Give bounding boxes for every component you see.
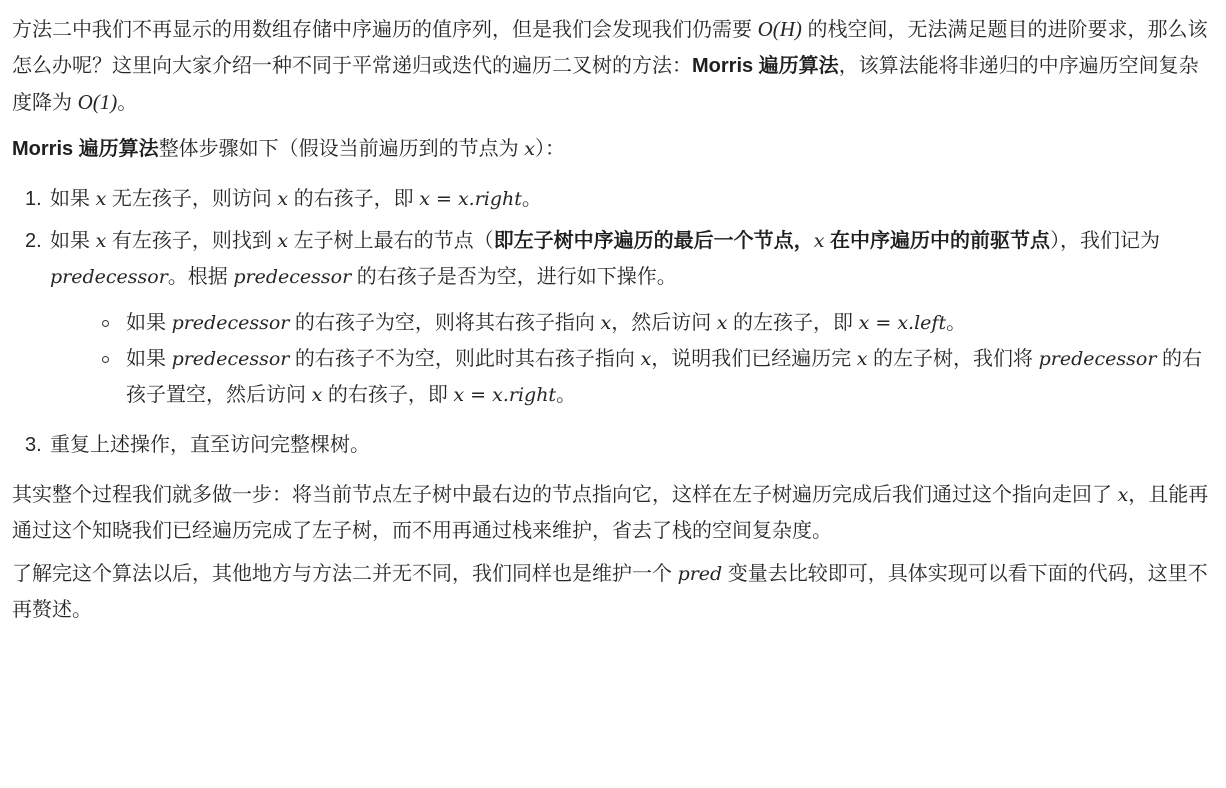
text: ），我们记为: [1050, 230, 1160, 252]
closing-paragraph: 了解完这个算法以后，其他地方与方法二并无不同，我们同样也是维护一个 pred 变…: [12, 556, 1214, 628]
text: 。根据: [168, 266, 234, 288]
text: 如果: [50, 230, 96, 252]
math-o-h: O(H): [758, 17, 802, 41]
text: 其实整个过程我们就多做一步：将当前节点左子树中最右边的节点指向它，这样在左子树遍…: [12, 484, 1118, 506]
math-predecessor: predecessor: [233, 266, 351, 288]
hollow-circle-bullet-icon: [102, 356, 109, 363]
text: 如果: [126, 348, 172, 370]
math-x: x: [96, 230, 107, 252]
hollow-circle-bullet-icon: [102, 320, 109, 327]
text: 重复上述操作，直至访问完整棵树。: [50, 434, 370, 456]
sub-item-2: 如果 predecessor 的右孩子不为空，则此时其右孩子指向 x，说明我们已…: [88, 341, 1214, 413]
math-predecessor: predecessor: [1039, 348, 1157, 370]
summary-paragraph: 其实整个过程我们就多做一步：将当前节点左子树中最右边的节点指向它，这样在左子树遍…: [12, 477, 1214, 549]
step-number: 1.: [25, 181, 42, 217]
text: 有左孩子，则找到: [106, 230, 277, 252]
text: 左子树上最右的节点（: [288, 230, 494, 252]
text: ）：: [535, 138, 565, 160]
sub-list: 如果 predecessor 的右孩子为空，则将其右孩子指向 x，然后访问 x …: [50, 305, 1214, 413]
math-predecessor: predecessor: [50, 266, 168, 288]
math-x: x: [814, 230, 825, 252]
steps-intro-paragraph: Morris 遍历算法整体步骤如下（假设当前遍历到的节点为 x）：: [12, 131, 1214, 167]
math-o-1: O(1): [78, 90, 118, 114]
text: 。: [522, 188, 542, 210]
text: 的左孩子，即: [728, 312, 859, 334]
bold-term-morris: Morris 遍历算法: [12, 138, 159, 160]
step-item-1: 1. 如果 x 无左孩子，则访问 x 的右孩子，即 x = x.right。: [12, 181, 1214, 217]
text: 的左子树，我们将: [868, 348, 1039, 370]
text: 的右孩子，即: [288, 188, 419, 210]
math-x: x: [857, 348, 868, 370]
math-x: x: [601, 312, 612, 334]
math-predecessor: predecessor: [172, 348, 290, 370]
text: 的右孩子，即: [322, 384, 453, 406]
math-x: x: [717, 312, 728, 334]
text: 。: [556, 384, 576, 406]
math-x: x: [641, 348, 652, 370]
bold-text: 即左子树中序遍历的最后一个节点，: [494, 230, 814, 252]
text: 。: [946, 312, 966, 334]
step-number: 3.: [25, 427, 42, 463]
intro-paragraph: 方法二中我们不再显示的用数组存储中序遍历的值序列，但是我们会发现我们仍需要 O(…: [12, 11, 1214, 121]
math-x: x: [277, 230, 288, 252]
text: 的右孩子为空，则将其右孩子指向: [289, 312, 600, 334]
math-x: x: [96, 188, 107, 210]
text: 的右孩子不为空，则此时其右孩子指向: [289, 348, 640, 370]
math-x: x: [524, 138, 535, 160]
text: 的右孩子是否为空，进行如下操作。: [351, 266, 677, 288]
text: 如果: [126, 312, 172, 334]
text: 。: [117, 92, 137, 114]
step-item-2: 2. 如果 x 有左孩子，则找到 x 左子树上最右的节点（即左子树中序遍历的最后…: [12, 223, 1214, 413]
math-expression: x = x.right: [453, 384, 556, 406]
text: 无左孩子，则访问: [106, 188, 277, 210]
text: 整体步骤如下（假设当前遍历到的节点为: [159, 138, 525, 160]
sub-item-1: 如果 predecessor 的右孩子为空，则将其右孩子指向 x，然后访问 x …: [88, 305, 1214, 341]
math-pred: pred: [678, 563, 723, 585]
math-expression: x = x.right: [419, 188, 522, 210]
steps-list: 1. 如果 x 无左孩子，则访问 x 的右孩子，即 x = x.right。 2…: [12, 181, 1214, 463]
math-expression: x = x.left: [859, 312, 946, 334]
text: 方法二中我们不再显示的用数组存储中序遍历的值序列，但是我们会发现我们仍需要: [12, 19, 758, 41]
text: 如果: [50, 188, 96, 210]
text: 了解完这个算法以后，其他地方与方法二并无不同，我们同样也是维护一个: [12, 563, 678, 585]
text: ，然后访问: [611, 312, 717, 334]
math-predecessor: predecessor: [172, 312, 290, 334]
math-x: x: [1118, 484, 1129, 506]
math-x: x: [312, 384, 323, 406]
step-item-3: 3. 重复上述操作，直至访问完整棵树。: [12, 427, 1214, 463]
bold-term-morris: Morris 遍历算法: [692, 55, 839, 77]
bold-text: 在中序遍历中的前驱节点: [824, 230, 1050, 252]
step-number: 2.: [25, 223, 42, 259]
text: ，说明我们已经遍历完: [651, 348, 857, 370]
article-body: 方法二中我们不再显示的用数组存储中序遍历的值序列，但是我们会发现我们仍需要 O(…: [0, 0, 1226, 628]
math-x: x: [277, 188, 288, 210]
